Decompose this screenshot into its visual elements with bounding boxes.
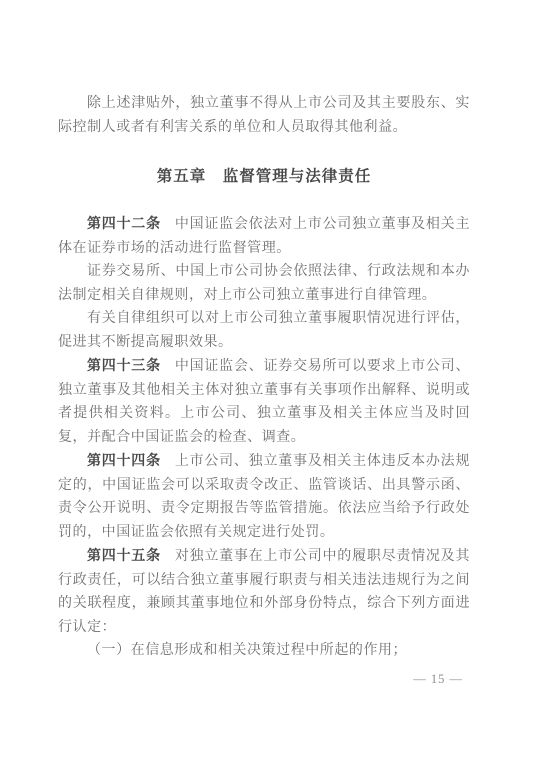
article-42-paragraph-3: 有关自律组织可以对上市公司独立董事履职情况进行评估，促进其不断提高履职效果。	[58, 307, 470, 354]
text-block: 除上述津贴外，独立董事不得从上市公司及其主要股东、实际控制人或者有利害关系的单位…	[58, 92, 470, 663]
article-42-paragraph-1: 第四十二条中国证监会依法对上市公司独立董事及相关主体在证券市场的活动进行监督管理…	[58, 212, 470, 260]
chapter-heading: 第五章 监督管理与法律责任	[58, 165, 470, 189]
article-43-paragraph-1: 第四十三条中国证监会、证券交易所可以要求上市公司、独立董事及其他相关主体对独立董…	[58, 354, 470, 449]
page-number: — 15 —	[413, 671, 463, 687]
article-45-item-1: （一）在信息形成和相关决策过程中所起的作用；	[58, 639, 470, 663]
article-42-paragraph-2: 证券交易所、中国上市公司协会依照法律、行政法规和本办法制定相关自律规则，对上市公…	[58, 260, 470, 307]
article-42-number: 第四十二条	[87, 215, 161, 231]
article-43-number: 第四十三条	[87, 357, 161, 373]
article-44-number: 第四十四条	[87, 452, 161, 468]
paragraph-intro: 除上述津贴外，独立董事不得从上市公司及其主要股东、实际控制人或者有利害关系的单位…	[58, 92, 470, 139]
document-page: 除上述津贴外，独立董事不得从上市公司及其主要股东、实际控制人或者有利害关系的单位…	[0, 0, 533, 759]
article-45-number: 第四十五条	[87, 547, 161, 563]
article-44-paragraph-1: 第四十四条上市公司、独立董事及相关主体违反本办法规定的，中国证监会可以采取责令改…	[58, 449, 470, 544]
article-45-paragraph-1: 第四十五条对独立董事在上市公司中的履职尽责情况及其行政责任，可以结合独立董事履行…	[58, 544, 470, 639]
